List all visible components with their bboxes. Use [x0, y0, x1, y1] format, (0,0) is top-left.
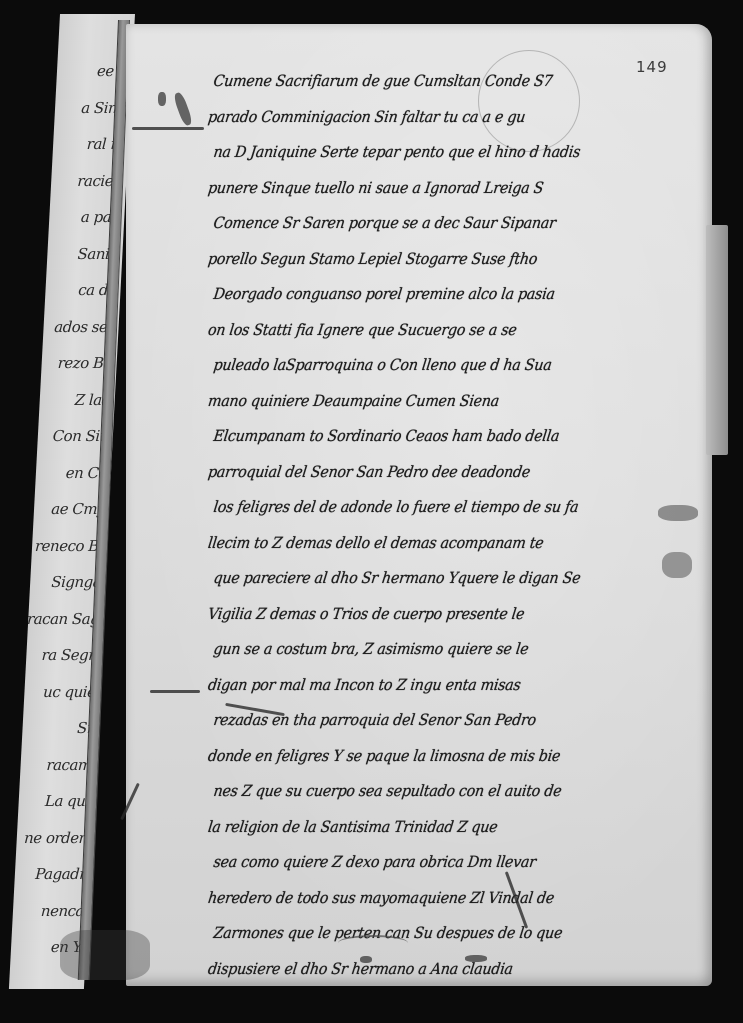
text-line: Deorgado conguanso porel premine alco la…	[206, 277, 661, 313]
text-line: digan por mal ma Incon to Z ingu enta mi…	[206, 668, 661, 704]
text-line: dispusiere el dho Sr hermano a Ana claud…	[206, 952, 661, 988]
text-line: Cumene Sacrifiarum de gue Cumsltan Conde…	[206, 64, 661, 100]
ink-spot	[465, 955, 487, 962]
page-tear	[662, 552, 692, 578]
left-page-text-fragment: reneco Bi	[35, 537, 104, 555]
text-line: porello Segun Stamo Lepiel Stogarre Suse…	[206, 242, 661, 278]
left-page-text-fragment: racam	[46, 756, 92, 774]
text-line: na D Janiquine Serte tepar pento que el …	[206, 135, 661, 171]
ink-blot	[158, 92, 166, 106]
text-line: Elcumpanam to Sordinario Ceaos ham bado …	[206, 419, 661, 455]
left-page-text-fragment: ne orden	[24, 829, 89, 847]
text-line: los feligres del de adonde lo fuere el t…	[206, 490, 661, 526]
signature-flourish	[338, 935, 408, 951]
text-line: on los Statti fia Ignere que Sucuergo se…	[206, 313, 661, 349]
left-page-text-fragment: ra Segn	[41, 646, 98, 664]
text-line: heredero de todo sus mayomaquiene Zl Vin…	[206, 881, 661, 917]
text-line: que pareciere al dho Sr hermano Yquere l…	[206, 561, 661, 597]
text-line: Comence Sr Saren porque se a dec Saur Si…	[206, 206, 661, 242]
left-page-text-fragment: La qui	[45, 792, 91, 810]
ink-spot	[360, 956, 372, 963]
damage-streak	[150, 690, 200, 693]
text-line: nes Z que su cuerpo sea sepultado con el…	[206, 774, 661, 810]
text-line: Zarmones que le perten can Su despues de…	[206, 916, 661, 952]
margin-ink-stroke	[132, 127, 204, 130]
text-line: puleado laSparroquina o Con lleno que d …	[206, 348, 661, 384]
page-tear	[658, 505, 698, 521]
torn-corner-damage	[60, 930, 150, 980]
text-line: parroquial del Senor San Pedro dee deado…	[206, 455, 661, 491]
text-line: rezadas en tha parroquia del Senor San P…	[206, 703, 661, 739]
text-line: mano quiniere Deaumpaine Cumen Siena	[206, 384, 661, 420]
manuscript-scan: ee Za Simiral mraciena panSanidca doados…	[0, 0, 743, 1023]
text-line: gun se a costum bra, Z asimismo quiere s…	[206, 632, 661, 668]
text-line: parado Comminigacion Sin faltar tu ca a …	[206, 100, 661, 136]
page-edge-flap	[706, 225, 728, 455]
left-page-text-fragment: nenca	[40, 902, 84, 920]
text-line: Vigilia Z demas o Trios de cuerpo presen…	[206, 597, 661, 633]
left-page-text-fragment: Pagadr	[35, 865, 87, 883]
text-line: donde en feligres Y se paque la limosna …	[206, 739, 661, 775]
handwritten-text-block: Cumene Sacrifiarum de gue Cumsltan Conde…	[208, 64, 698, 987]
text-line: llecim to Z demas dello el demas acompan…	[206, 526, 661, 562]
text-line: la religion de la Santisima Trinidad Z q…	[206, 810, 661, 846]
left-page-text-fragment: racan Sag	[27, 610, 100, 628]
text-line: sea como quiere Z dexo para obrica Dm ll…	[206, 845, 661, 881]
text-line: punere Sinque tuello ni saue a Ignorad L…	[206, 171, 661, 207]
left-page-text-fragment: uc quie	[43, 683, 96, 701]
